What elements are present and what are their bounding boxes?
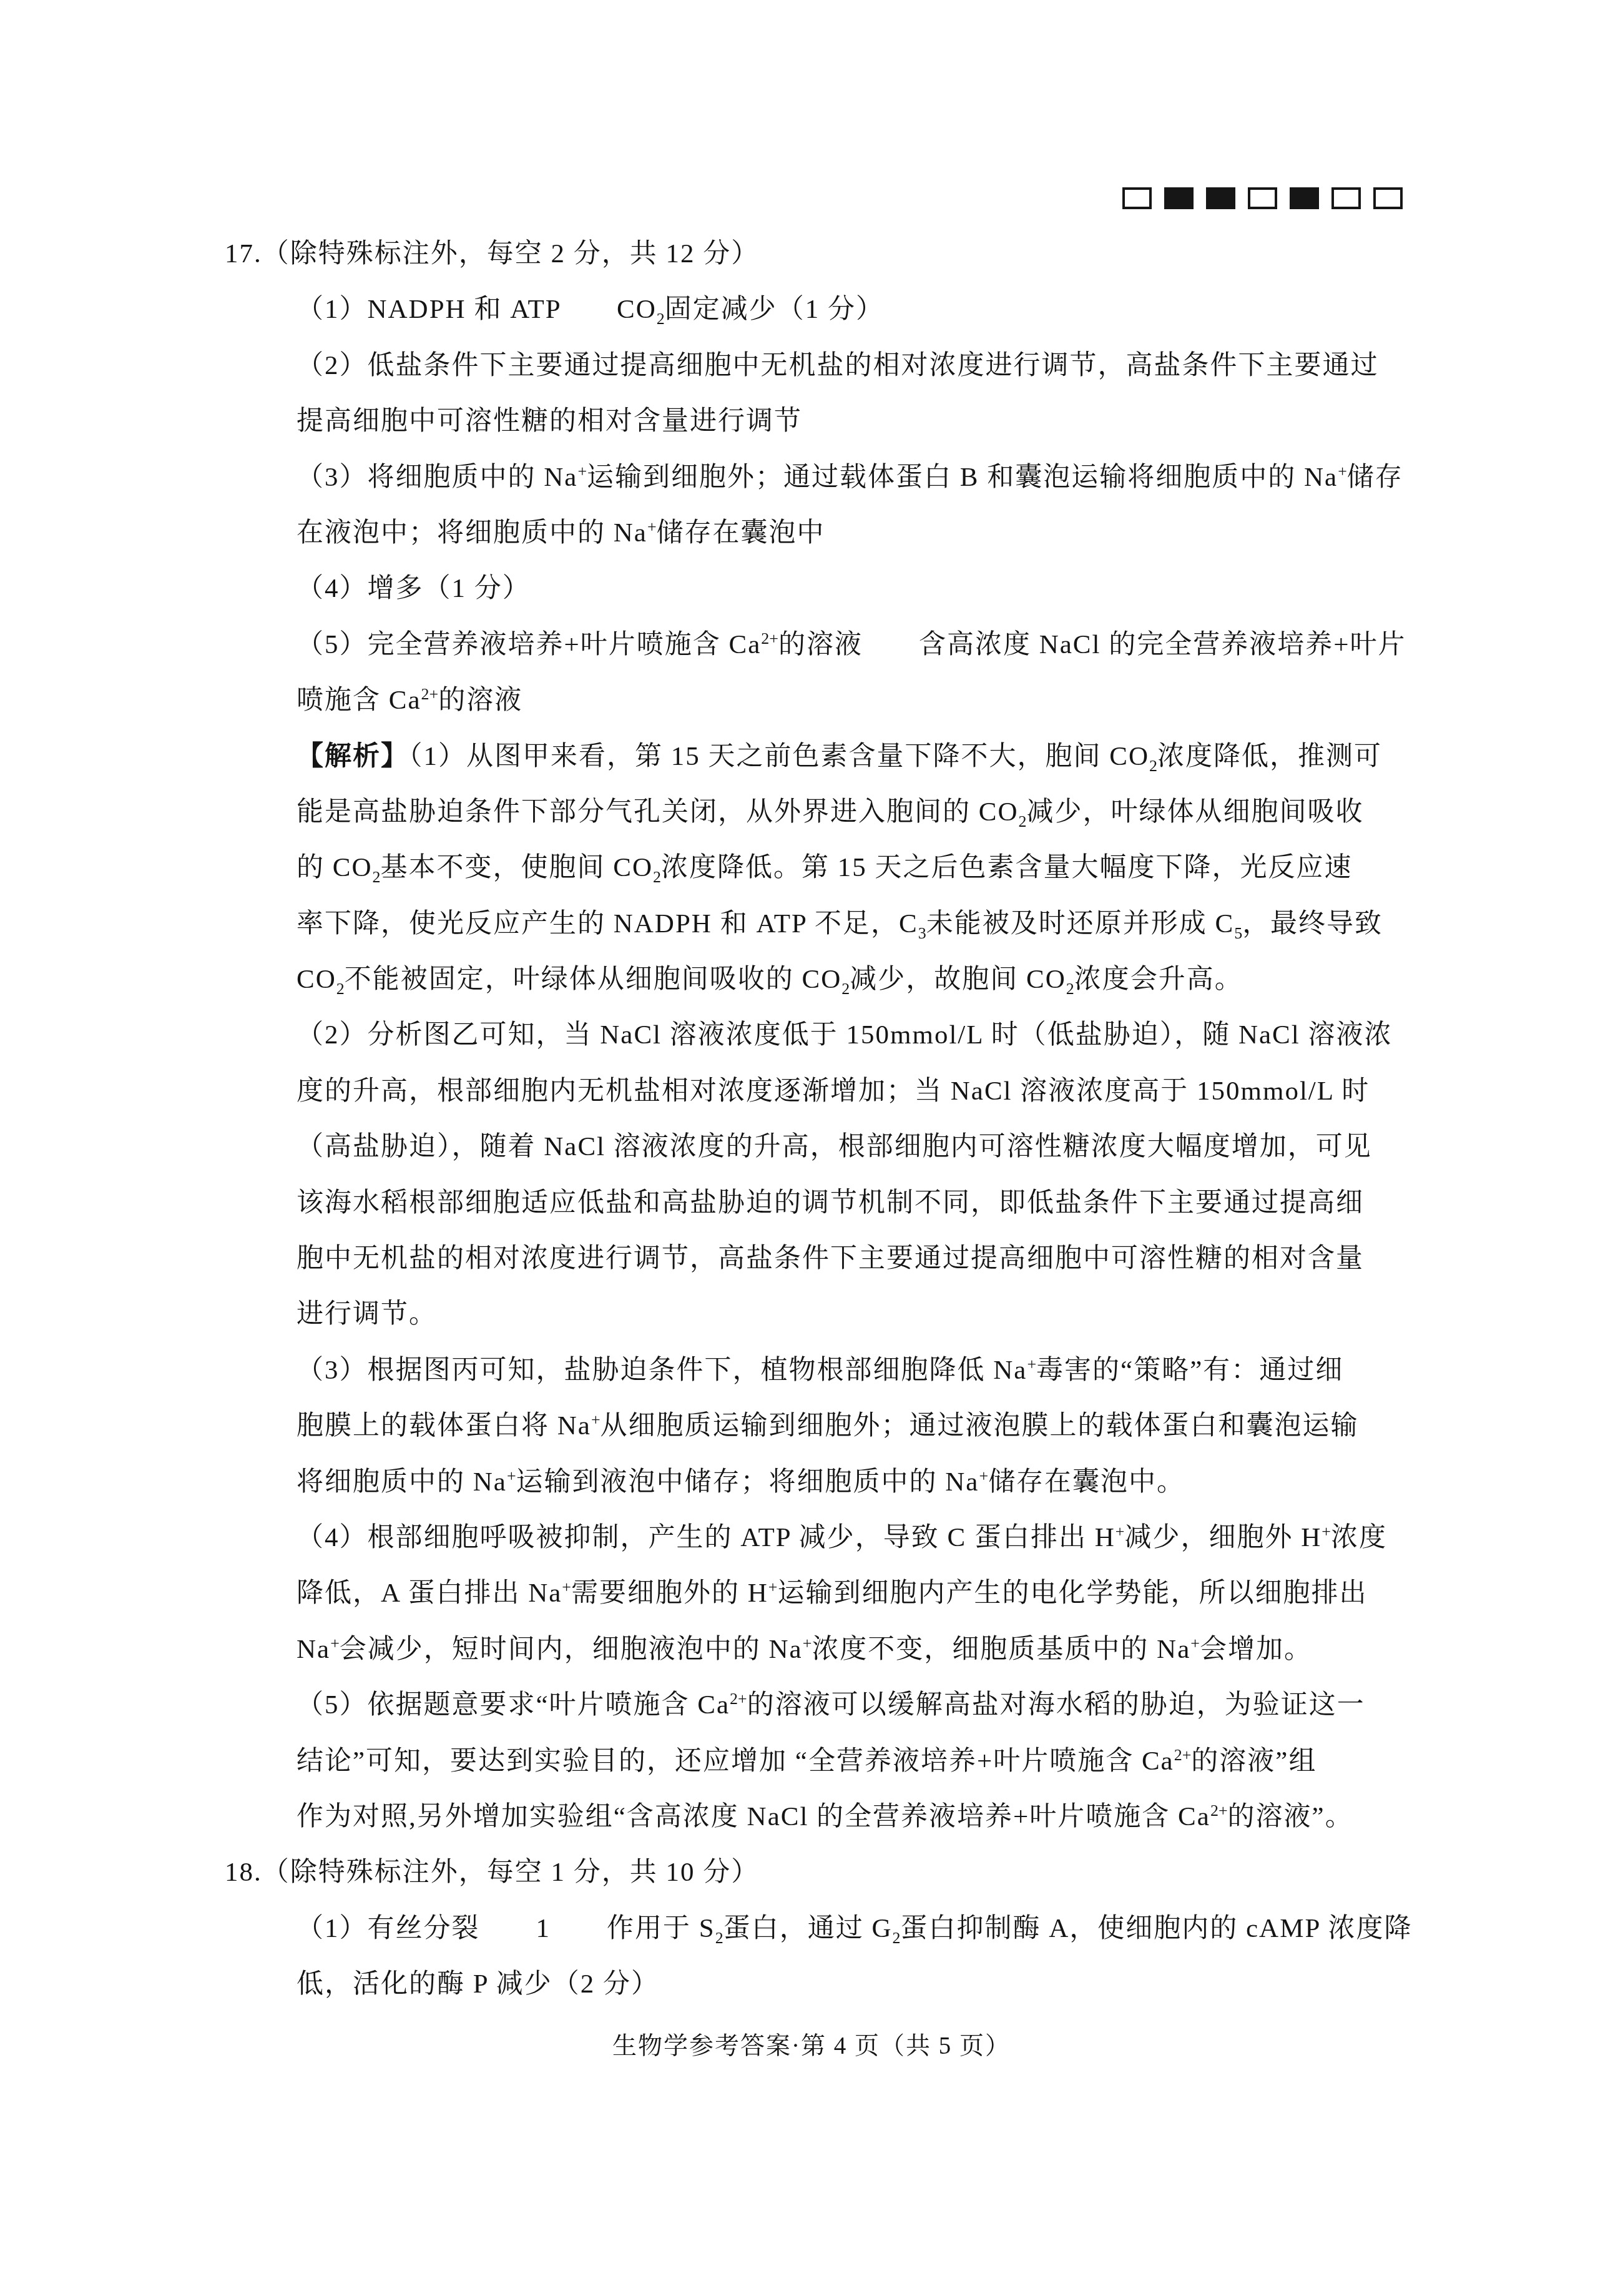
sup-script: + [1027, 1355, 1036, 1373]
text-line: 的 CO2基本不变，使胞间 CO2浓度降低。第 15 天之后色素含量大幅度下降，… [225, 840, 1414, 895]
text-line: 胞中无机盐的相对浓度进行调节，高盐条件下主要通过提高细胞中可溶性糖的相对含量 [225, 1231, 1414, 1286]
text-line: 率下降，使光反应产生的 NADPH 和 ATP 不足，C3未能被及时还原并形成 … [225, 896, 1414, 952]
text-line: 结论”可知，要达到实验目的，还应增加 “全营养液培养+叶片喷施含 Ca2+的溶液… [225, 1733, 1414, 1789]
text-line: Na+会减少，短时间内，细胞液泡中的 Na+浓度不变，细胞质基质中的 Na+会增… [225, 1622, 1414, 1677]
sup-script: + [330, 1634, 340, 1652]
sup-script: 2+ [761, 629, 778, 648]
registration-mark [1164, 187, 1194, 209]
sup-script: 2+ [1174, 1746, 1192, 1764]
sup-script: 2+ [1210, 1801, 1228, 1820]
sup-script: + [577, 462, 587, 480]
sub-script: 2 [657, 310, 665, 328]
text-line: （高盐胁迫），随着 NaCl 溶液浓度的升高，根部细胞内可溶性糖浓度大幅度增加，… [225, 1119, 1414, 1175]
text-line: CO2不能被固定，叶绿体从细胞间吸收的 CO2减少，故胞间 CO2浓度会升高。 [225, 952, 1414, 1007]
text-line: （2）分析图乙可知，当 NaCl 溶液浓度低于 150mmol/L 时（低盐胁迫… [225, 1007, 1414, 1063]
sup-script: + [591, 1411, 601, 1429]
text-line: 该海水稻根部细胞适应低盐和高盐胁迫的调节机制不同，即低盐条件下主要通过提高细 [225, 1175, 1414, 1231]
sub-script: 2 [372, 868, 380, 886]
sup-script: + [1321, 1522, 1331, 1540]
sub-script: 3 [918, 924, 926, 942]
text-line: 喷施含 Ca2+的溶液 [225, 673, 1414, 728]
sup-script: + [979, 1467, 988, 1485]
page-footer: 生物学参考答案·第 4 页（共 5 页） [0, 2031, 1623, 2062]
text-line: 作为对照,另外增加实验组“含高浓度 NaCl 的全营养液培养+叶片喷施含 Ca2… [225, 1789, 1414, 1845]
text-line: （3）将细胞质中的 Na+运输到细胞外；通过载体蛋白 B 和囊泡运输将细胞质中的… [225, 450, 1414, 505]
text-line: 在液泡中；将细胞质中的 Na+储存在囊泡中 [225, 505, 1414, 561]
text-line: 进行调节。 [225, 1286, 1414, 1342]
sub-script: 2 [1018, 812, 1026, 830]
text-line: （4）增多（1 分） [225, 561, 1414, 616]
sub-script: 2 [715, 1929, 723, 1947]
text-line: （1）有丝分裂 1 作用于 S2蛋白，通过 G2蛋白抑制酶 A，使细胞内的 cA… [225, 1901, 1414, 1956]
registration-mark [1331, 187, 1361, 209]
sub-script: 2 [336, 980, 345, 998]
text-line: 胞膜上的载体蛋白将 Na+从细胞质运输到细胞外；通过液泡膜上的载体蛋白和囊泡运输 [225, 1398, 1414, 1454]
sup-script: 2+ [421, 685, 439, 703]
text-line: 【解析】（1）从图甲来看，第 15 天之前色素含量下降不大，胞间 CO2浓度降低… [225, 729, 1414, 784]
sup-script: + [647, 518, 657, 536]
sup-script: + [768, 1578, 778, 1596]
sub-script: 2 [653, 868, 661, 886]
text-line: （4）根部细胞呼吸被抑制，产生的 ATP 减少，导致 C 蛋白排出 H+减少，细… [225, 1510, 1414, 1565]
answer-lines: 17.（除特殊标注外，每空 2 分，共 12 分）（1）NADPH 和 ATP … [225, 226, 1414, 2013]
text-line: （5）依据题意要求“叶片喷施含 Ca2+的溶液可以缓解高盐对海水稻的胁迫，为验证… [225, 1677, 1414, 1733]
sub-script: 2 [841, 980, 850, 998]
text-line: 提高细胞中可溶性糖的相对含量进行调节 [225, 393, 1414, 449]
bold-label: 【解析】 [297, 742, 409, 771]
text-line: 低，活化的酶 P 减少（2 分） [225, 1956, 1414, 2012]
sup-script: + [1338, 462, 1347, 480]
sub-script: 2 [1149, 757, 1157, 775]
registration-mark [1206, 187, 1235, 209]
registration-mark [1290, 187, 1319, 209]
text-line: 将细胞质中的 Na+运输到液泡中储存；将细胞质中的 Na+储存在囊泡中。 [225, 1454, 1414, 1510]
text-line: （1）NADPH 和 ATP CO2固定减少（1 分） [225, 282, 1414, 337]
text-line: 17.（除特殊标注外，每空 2 分，共 12 分） [225, 226, 1414, 282]
text-line: 降低，A 蛋白排出 Na+需要细胞外的 H+运输到细胞内产生的电化学势能，所以细… [225, 1565, 1414, 1621]
sup-script: + [1116, 1522, 1125, 1540]
registration-mark [1248, 187, 1277, 209]
sup-script: + [507, 1467, 516, 1485]
text-line: 能是高盐胁迫条件下部分气孔关闭，从外界进入胞间的 CO2减少，叶绿体从细胞间吸收 [225, 784, 1414, 840]
sup-script: 2+ [730, 1690, 747, 1708]
sup-script: + [562, 1578, 571, 1596]
sub-script: 2 [1066, 980, 1074, 998]
text-line: （5）完全营养液培养+叶片喷施含 Ca2+的溶液 含高浓度 NaCl 的完全营养… [225, 617, 1414, 673]
text-line: （2）低盐条件下主要通过提高细胞中无机盐的相对浓度进行调节，高盐条件下主要通过 [225, 338, 1414, 393]
sup-script: + [803, 1634, 812, 1652]
text-line: 18.（除特殊标注外，每空 1 分，共 10 分） [225, 1845, 1414, 1900]
sub-script: 5 [1234, 924, 1242, 942]
registration-mark [1122, 187, 1152, 209]
sup-script: + [1190, 1634, 1200, 1652]
answer-sheet-page: 17.（除特殊标注外，每空 2 分，共 12 分）（1）NADPH 和 ATP … [0, 0, 1623, 2296]
text-line: （3）根据图丙可知，盐胁迫条件下，植物根部细胞降低 Na+毒害的“策略”有：通过… [225, 1343, 1414, 1398]
registration-mark [1373, 187, 1403, 209]
sub-script: 2 [892, 1929, 900, 1947]
registration-marks [1122, 187, 1403, 209]
text-line: 度的升高，根部细胞内无机盐相对浓度逐渐增加；当 NaCl 溶液浓度高于 150m… [225, 1063, 1414, 1119]
